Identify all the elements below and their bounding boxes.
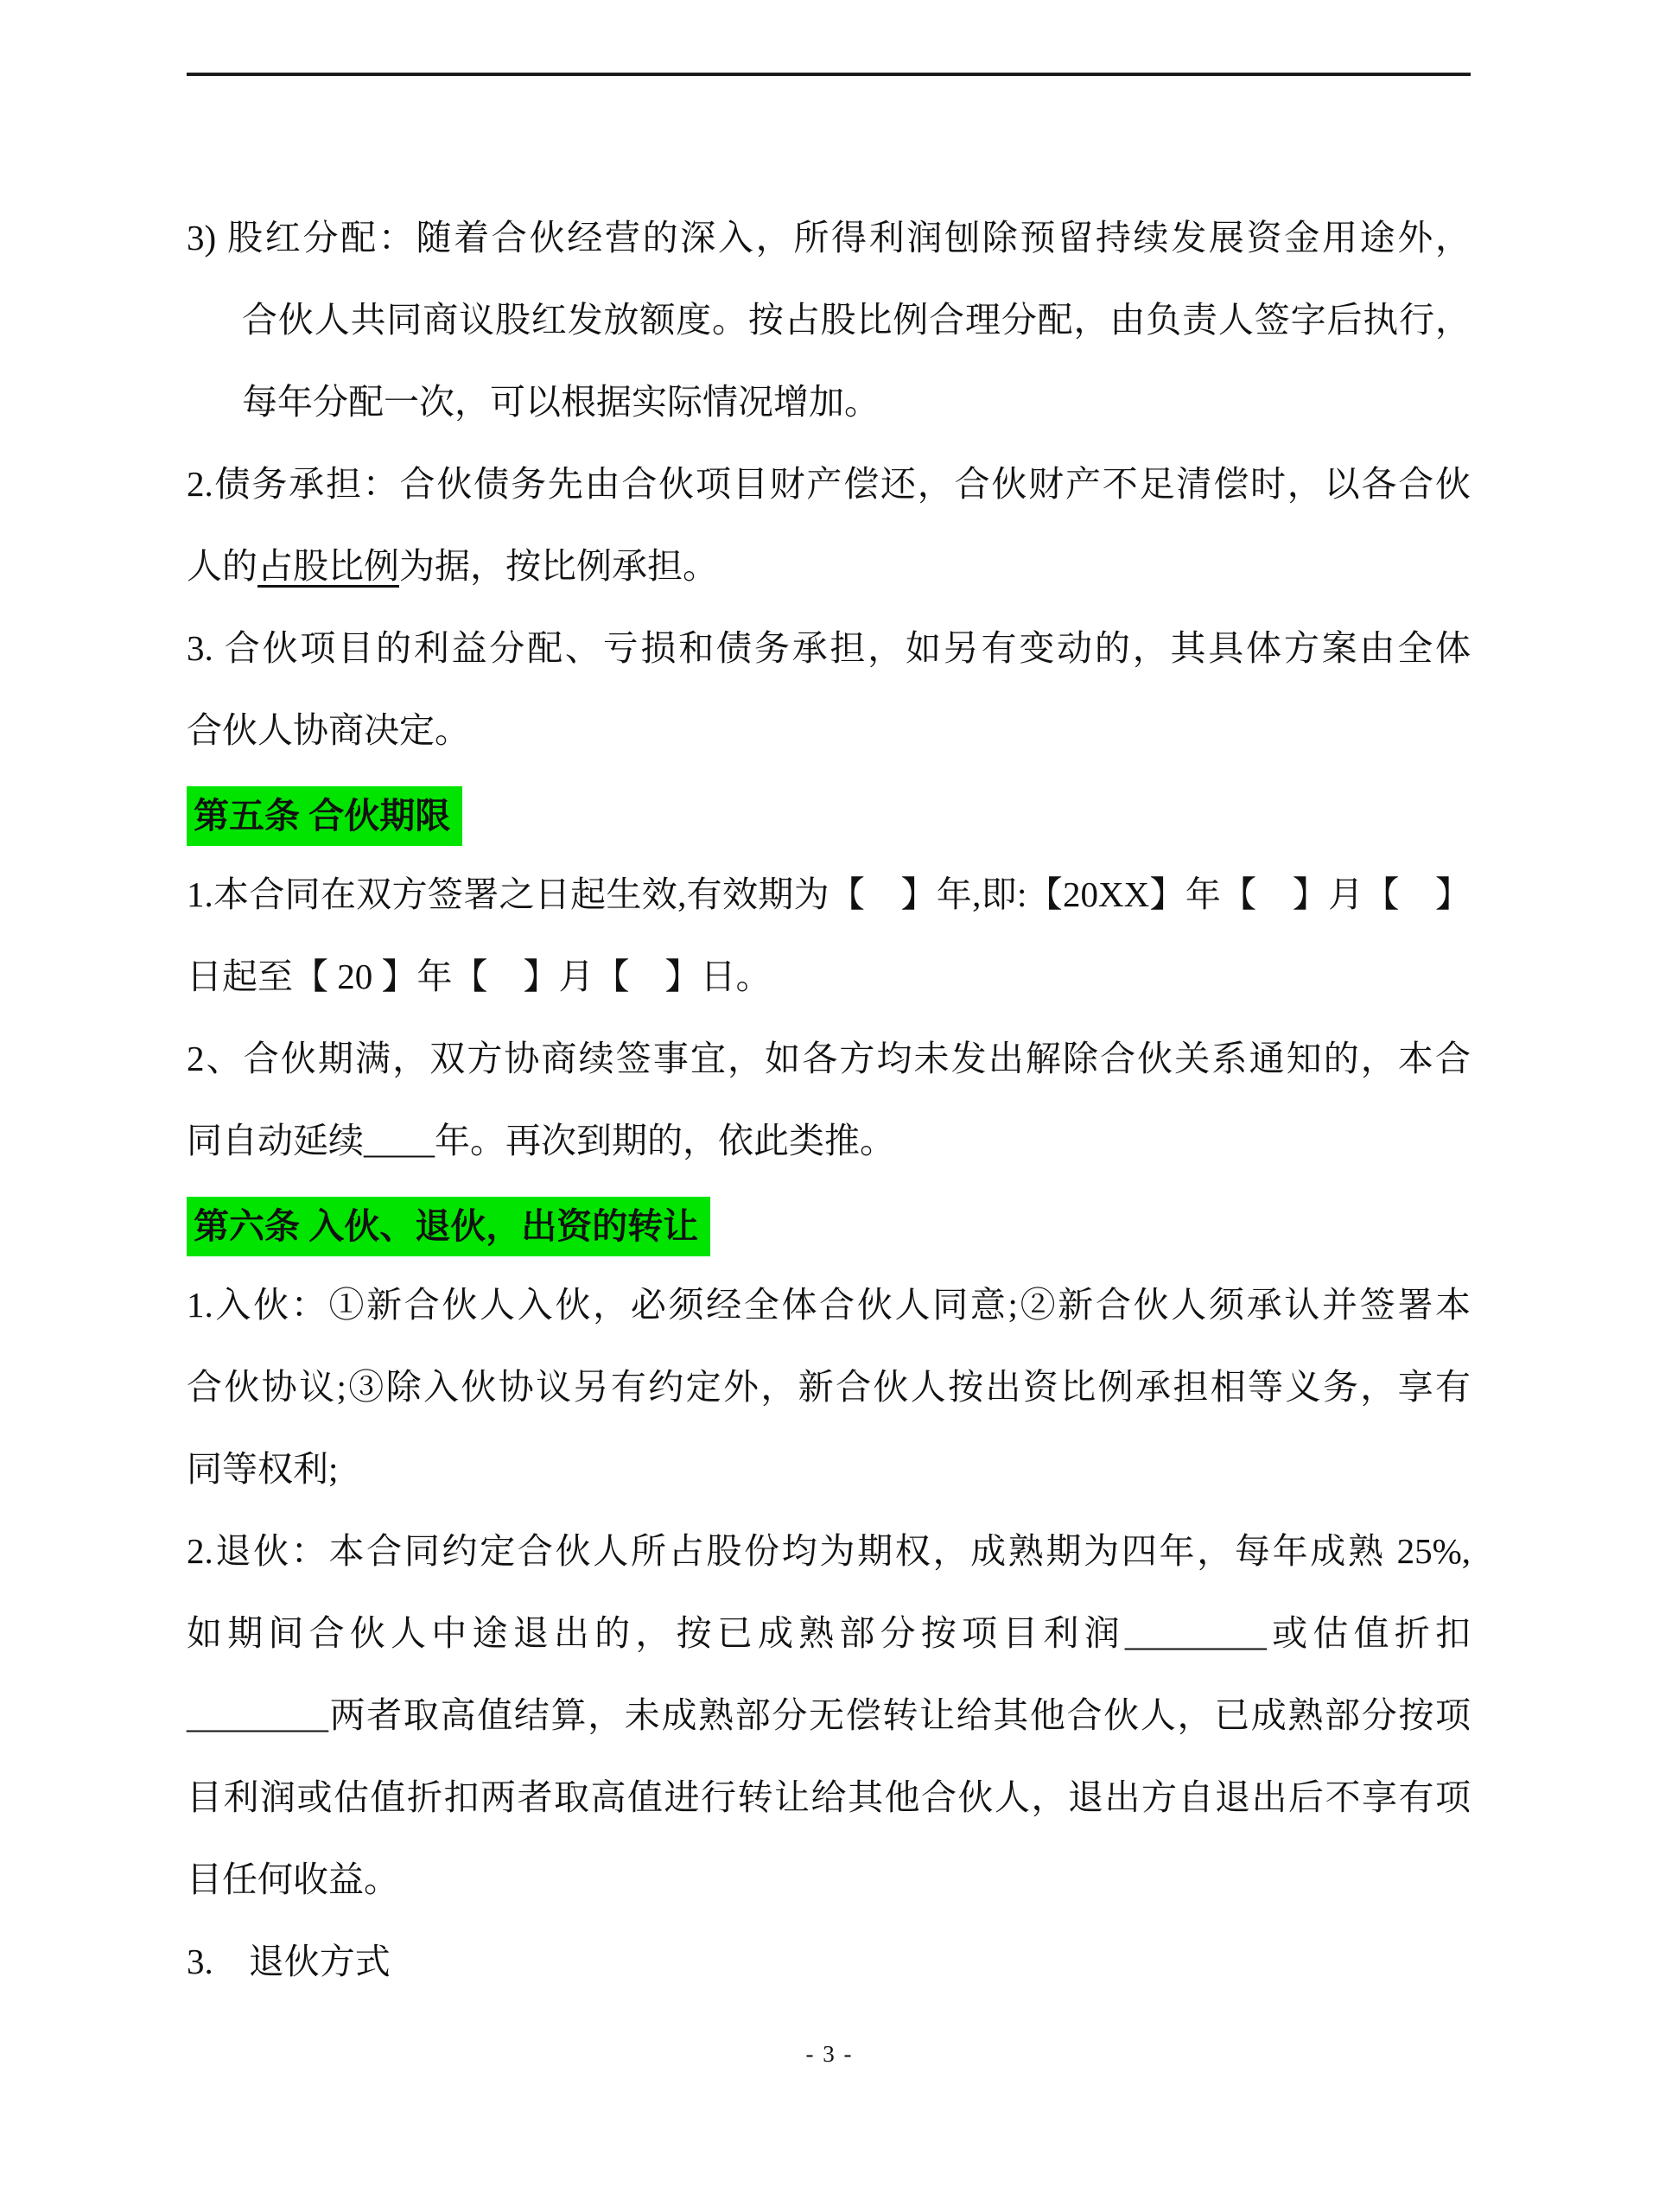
header-rule bbox=[187, 73, 1471, 76]
article-6-item-1-line-2: 合伙协议;③除入伙协议另有约定外，新合伙人按出资比例承担相等义务，享有 bbox=[187, 1346, 1471, 1428]
article-5-heading-highlight: 第五条 合伙期限 bbox=[187, 786, 462, 846]
article-5-item-2-line-1: 2、合伙期满，双方协商续签事宜，如各方均未发出解除合伙关系通知的，本合 bbox=[187, 1018, 1471, 1100]
page-number: - 3 - bbox=[0, 2041, 1659, 2068]
clause-dividend-line-2: 合伙人共同商议股红发放额度。按占股比例合理分配，由负责人签字后执行， bbox=[242, 279, 1471, 361]
article-6-item-2-line-2: 如期间合伙人中途退出的，按已成熟部分按项目利润________或估值折扣 bbox=[187, 1592, 1471, 1675]
clause-dividend-line-1: 3) 股红分配：随着合伙经营的深入，所得利润刨除预留持续发展资金用途外， bbox=[187, 197, 1471, 279]
article-6-heading-highlight: 第六条 入伙、退伙，出资的转让 bbox=[187, 1197, 710, 1256]
debt-line-2-pre: 人的 bbox=[187, 546, 257, 586]
article-6-item-2-line-5: 目任何收益。 bbox=[187, 1839, 1471, 1921]
article-6-item-2-line-3: ________两者取高值结算，未成熟部分无偿转让给其他合伙人，已成熟部分按项 bbox=[187, 1675, 1471, 1757]
article-6-item-2-line-1: 2.退伙：本合同约定合伙人所占股份均为期权，成熟期为四年，每年成熟 25%, bbox=[187, 1510, 1471, 1592]
clause-profit-line-1: 3. 合伙项目的利益分配、亏损和债务承担，如另有变动的，其具体方案由全体 bbox=[187, 607, 1471, 690]
article-6-item-3-line-1: 3. 退伙方式 bbox=[187, 1921, 1471, 2003]
article-6-item-2-line-4: 目利润或估值折扣两者取高值进行转让给其他合伙人，退出方自退出后不享有项 bbox=[187, 1757, 1471, 1839]
article-5-item-1-line-1: 1.本合同在双方签署之日起生效,有效期为【 】年,即:【20XX】年【 】月【 … bbox=[187, 854, 1471, 936]
debt-line-2-post: 为据，按比例承担。 bbox=[399, 546, 718, 586]
document-body: 3) 股红分配：随着合伙经营的深入，所得利润刨除预留持续发展资金用途外， 合伙人… bbox=[187, 197, 1471, 2003]
clause-dividend-line-3: 每年分配一次，可以根据实际情况增加。 bbox=[242, 361, 1471, 443]
debt-line-2-underlined-term: 占股比例 bbox=[257, 546, 399, 586]
clause-debt-line-2: 人的占股比例为据，按比例承担。 bbox=[187, 525, 1471, 607]
article-5-heading-line: 第五条 合伙期限 bbox=[187, 772, 1471, 854]
article-5-item-2-line-2: 同自动延续____年。再次到期的，依此类推。 bbox=[187, 1100, 1471, 1182]
article-5-item-1-line-2: 日起至【 20 】年【 】月【 】日。 bbox=[187, 936, 1471, 1018]
article-6-heading-line: 第六条 入伙、退伙，出资的转让 bbox=[187, 1182, 1471, 1264]
article-6-item-1-line-1: 1.入伙：①新合伙人入伙，必须经全体合伙人同意;②新合伙人须承认并签署本 bbox=[187, 1264, 1471, 1346]
clause-debt-line-1: 2.债务承担：合伙债务先由合伙项目财产偿还，合伙财产不足清偿时，以各合伙 bbox=[187, 443, 1471, 525]
clause-profit-line-2: 合伙人协商决定。 bbox=[187, 690, 1471, 772]
article-6-item-1-line-3: 同等权利; bbox=[187, 1428, 1471, 1510]
